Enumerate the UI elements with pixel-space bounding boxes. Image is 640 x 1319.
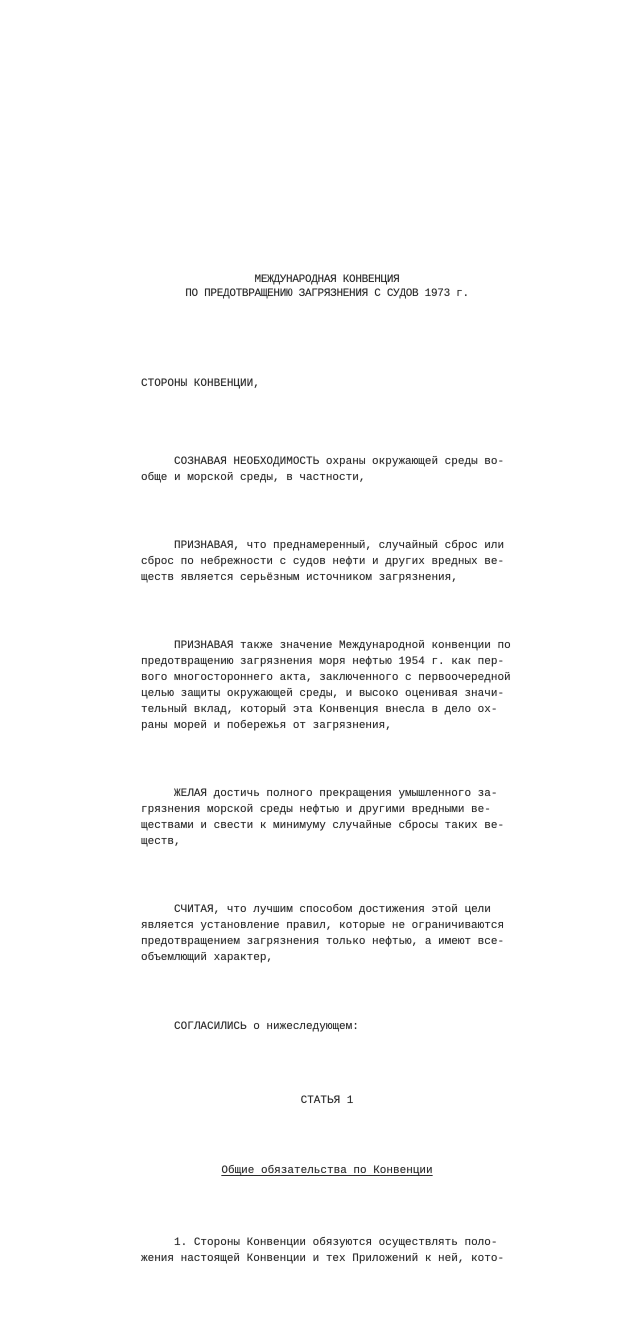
parties-salutation: СТОРОНЫ КОНВЕНЦИИ,: [141, 376, 513, 392]
scanned-document-page: МЕЖДУНАРОДНАЯ КОНВЕНЦИЯ ПО ПРЕДОТВРАЩЕНИ…: [0, 0, 640, 905]
document-body: МЕЖДУНАРОДНАЯ КОНВЕНЦИЯ ПО ПРЕДОТВРАЩЕНИ…: [141, 225, 513, 905]
preamble-paragraph-desiring: ЖЕЛАЯ достичь полного прекращения умышле…: [141, 786, 513, 850]
preamble-paragraph-recognizing-1954-convention: ПРИЗНАВАЯ также значение Международной к…: [141, 638, 513, 734]
preamble-paragraph-recognizing-discharge: ПРИЗНАВАЯ, что преднамеренный, случайный…: [141, 538, 513, 586]
document-title: МЕЖДУНАРОДНАЯ КОНВЕНЦИЯ ПО ПРЕДОТВРАЩЕНИ…: [141, 273, 513, 301]
preamble-paragraph-conscious: СОЗНАВАЯ НЕОБХОДИМОСТЬ охраны окружающей…: [141, 454, 513, 486]
